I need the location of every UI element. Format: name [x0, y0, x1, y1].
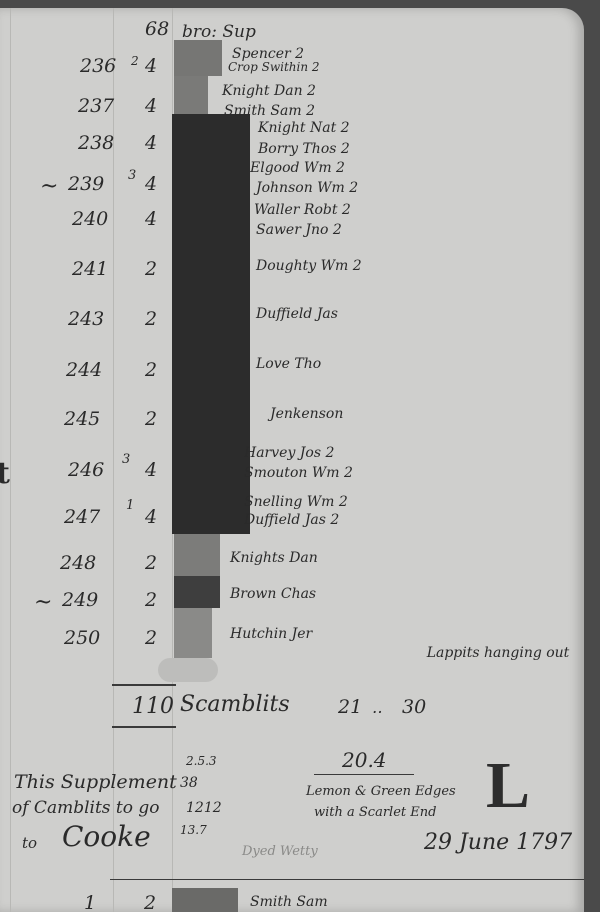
row-name: Jenkenson — [270, 406, 343, 422]
row-name: Knight Dan 2 — [222, 83, 316, 99]
tick-mark: ~ — [40, 174, 58, 199]
row-name: Duffield Jas — [256, 306, 338, 322]
row-number: 238 — [78, 132, 114, 154]
next-row-qty: 2 — [144, 892, 156, 912]
summary-rule-bottom — [112, 726, 176, 728]
next-row-number: 1 — [84, 892, 96, 912]
row-qty: 4 — [145, 208, 157, 230]
row-number: 243 — [68, 308, 104, 330]
supplement-line2: of Camblits to go — [12, 798, 160, 818]
row-qty: 2 — [145, 258, 157, 280]
subtotal-rule — [314, 774, 414, 775]
row-name: Waller Robt 2 — [254, 202, 351, 218]
fabric-swatch-light-top — [174, 40, 222, 76]
fabric-swatch-band — [174, 576, 220, 608]
supplement-recipient: Cooke — [62, 820, 151, 853]
row-name: Doughty Wm 2 — [256, 258, 362, 274]
row-name: Elgood Wm 2 — [250, 160, 345, 176]
row-superscript: 2 — [131, 54, 139, 68]
row-name: Knight Nat 2 — [258, 120, 350, 136]
faded-note: Dyed Wetty — [242, 844, 318, 859]
supplement-figure-3: 1212 — [186, 800, 222, 816]
fabric-swatch-bottom — [174, 608, 212, 658]
fabric-swatch-dark — [172, 114, 250, 534]
row-qty: 2 — [145, 552, 157, 574]
column-rule-left — [10, 8, 11, 912]
row-name: Borry Thos 2 — [258, 141, 350, 157]
row-number: 244 — [66, 359, 102, 381]
description-line1: Lemon & Green Edges — [306, 784, 456, 799]
row-qty: 2 — [145, 408, 157, 430]
row-qty: 4 — [145, 459, 157, 481]
row-name: Knights Dan — [230, 550, 318, 566]
row-name: Duffield Jas 2 — [244, 512, 339, 528]
fabric-swatch-next — [172, 888, 238, 912]
row-number: 249 — [62, 589, 98, 611]
summary-value-a: 21 — [338, 696, 362, 718]
row-number: 247 — [64, 506, 100, 528]
entry-date: 29 June 1797 — [424, 830, 572, 855]
margin-mark: t — [0, 456, 10, 491]
row-number: 236 — [80, 55, 116, 77]
summary-label: Scamblits — [180, 692, 290, 717]
row-qty: 2 — [145, 308, 157, 330]
row-qty: 4 — [145, 173, 157, 195]
row-name: Johnson Wm 2 — [256, 180, 358, 196]
side-note: Lappits hanging out — [418, 644, 578, 662]
row-qty: 4 — [145, 55, 157, 77]
row-superscript: 3 — [122, 452, 130, 467]
summary-value-b: 30 — [402, 696, 426, 718]
tick-mark: ~ — [34, 590, 52, 615]
row-qty: 4 — [145, 95, 157, 117]
supplement-figure-4: 13.7 — [180, 823, 207, 837]
summary-subtotal: 20.4 — [342, 748, 387, 772]
row-number: 250 — [64, 627, 100, 649]
row-number: 241 — [72, 258, 108, 280]
row-name: Crop Swithin 2 — [228, 60, 320, 74]
header-total: 68 — [145, 18, 169, 40]
row-name: Brown Chas — [230, 586, 316, 602]
row-number: 248 — [60, 552, 96, 574]
header-label: bro: Sup — [182, 22, 256, 42]
row-name: Smouton Wm 2 — [244, 465, 353, 481]
row-name: Harvey Jos 2 — [244, 445, 334, 461]
row-name: Smith Sam 2 — [224, 103, 315, 119]
row-qty: 2 — [145, 627, 157, 649]
row-qty: 2 — [145, 359, 157, 381]
summary-separator: ‥ — [372, 698, 383, 717]
row-number: 245 — [64, 408, 100, 430]
row-name: Hutchin Jer — [230, 626, 312, 642]
supplement-line3: to — [22, 834, 37, 852]
summary-rule-top — [112, 684, 176, 686]
row-name: Sawer Jno 2 — [256, 222, 342, 238]
row-number: 240 — [72, 208, 108, 230]
row-superscript: 3 — [128, 168, 136, 183]
fabric-swatch-mid — [174, 534, 220, 576]
next-section-rule — [110, 879, 584, 880]
ledger-page: 68 bro: Sup 236 2 4 Spencer 2 Crop Swith… — [0, 8, 584, 912]
row-number: 246 — [68, 459, 104, 481]
row-number: 237 — [78, 95, 114, 117]
row-name: Snelling Wm 2 — [244, 494, 348, 510]
summary-total: 110 — [132, 694, 174, 719]
letter-mark: L — [486, 748, 530, 824]
supplement-figure-2: 38 — [180, 775, 198, 791]
supplement-line1: This Supplement — [14, 771, 177, 793]
fabric-swatch-fade — [158, 658, 218, 682]
row-qty: 4 — [145, 506, 157, 528]
row-qty: 2 — [145, 589, 157, 611]
description-line2: with a Scarlet End — [314, 805, 436, 820]
fabric-swatch-light-2 — [174, 76, 208, 114]
row-name: Love Tho — [256, 356, 321, 372]
next-row-name: Smith Sam — [250, 894, 328, 910]
supplement-figure-1: 2.5.3 — [186, 754, 217, 768]
row-qty: 4 — [145, 132, 157, 154]
row-number: 239 — [68, 173, 104, 195]
row-superscript: 1 — [126, 498, 134, 513]
